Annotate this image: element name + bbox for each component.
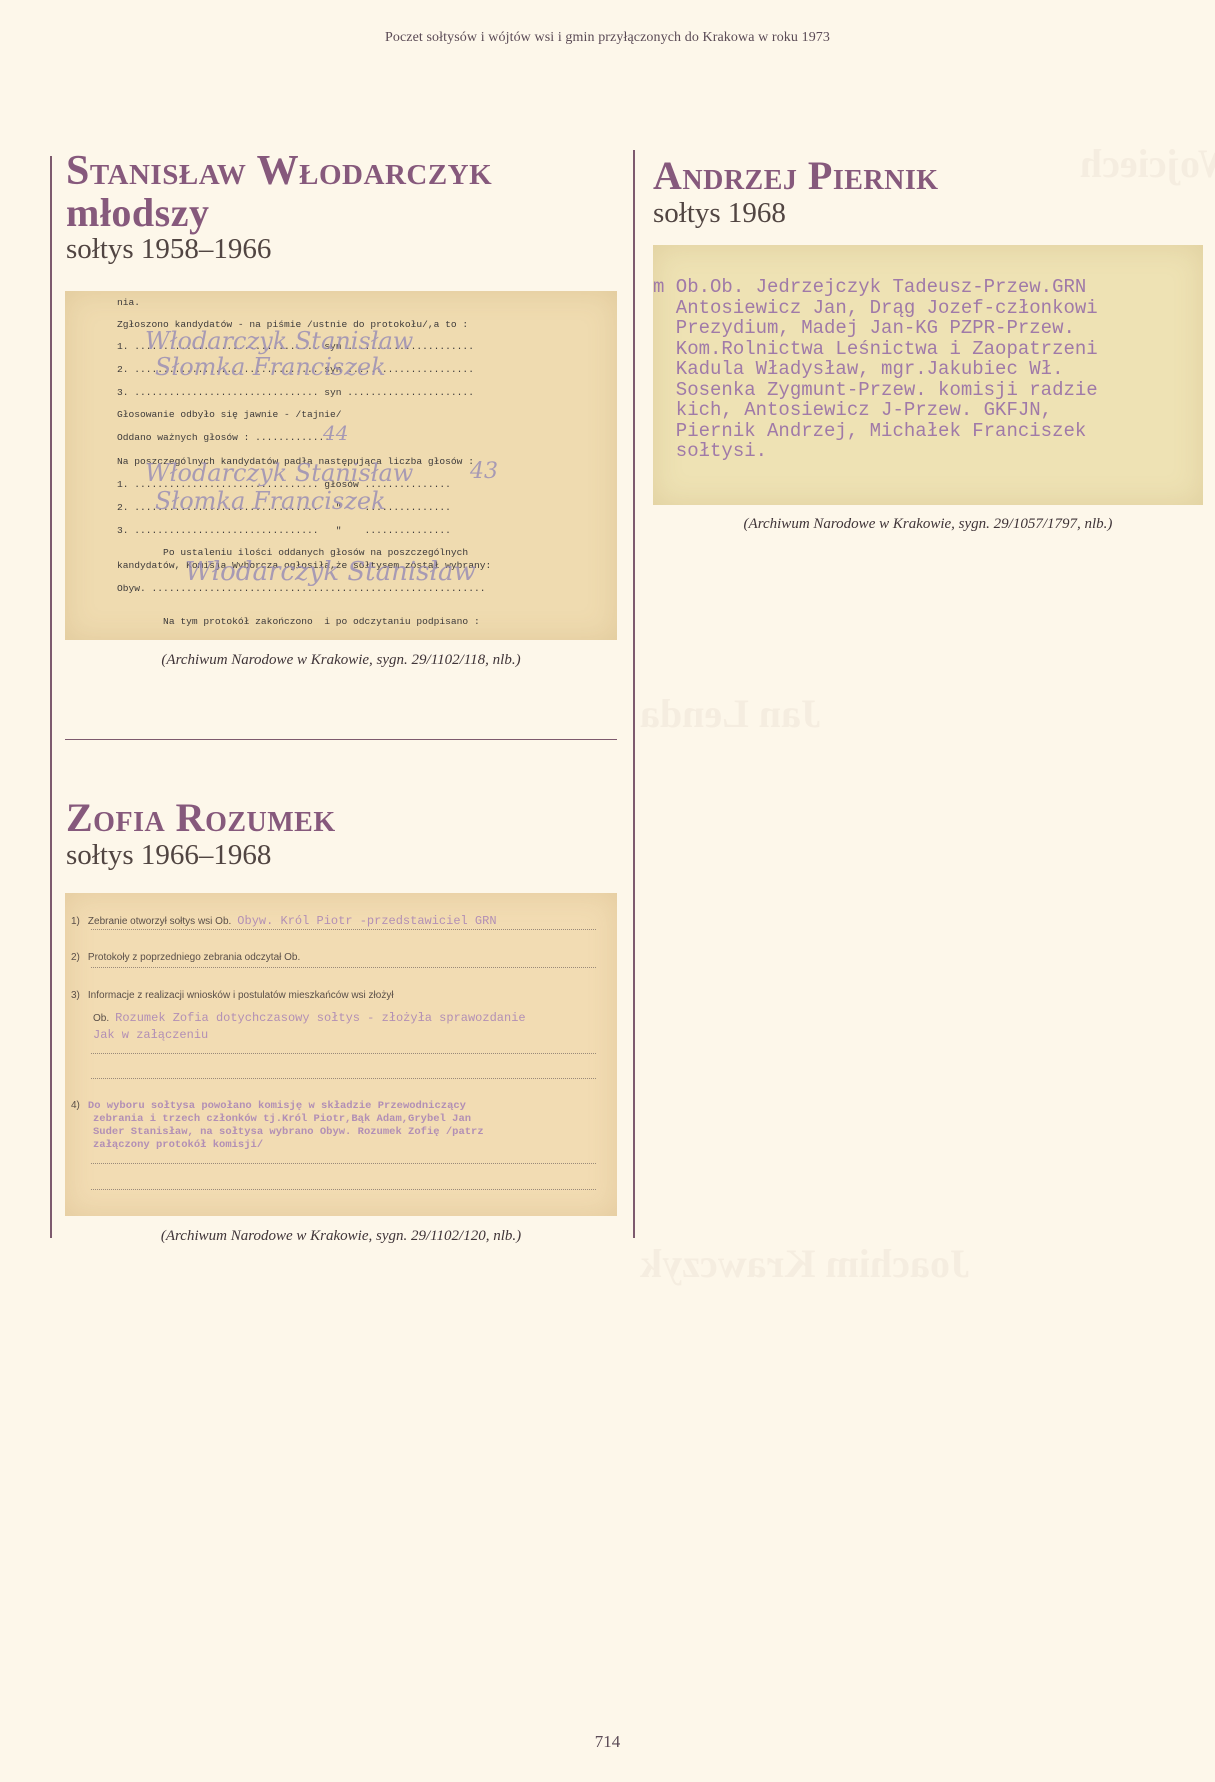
typed-line: Sosenka Zygmunt-Przew. komisji radzie bbox=[653, 380, 1098, 400]
form-item: 1)Zebranie otworzył sołtys wsi Ob.Obyw. … bbox=[71, 909, 611, 928]
printed-label: Informacje z realizacji wniosków i postu… bbox=[88, 990, 394, 1001]
form-dotted-line bbox=[91, 1053, 596, 1054]
handwritten-note: 44 bbox=[323, 421, 348, 445]
printed-label: Protokoły z poprzedniego zebrania odczyt… bbox=[88, 952, 300, 963]
typed-entry: Obyw. Król Piotr -przedstawiciel GRN bbox=[237, 914, 496, 928]
form-dotted-line bbox=[91, 967, 596, 968]
bleed-through-text: Joachim Krawczyk bbox=[640, 1240, 970, 1287]
page-number: 714 bbox=[0, 1732, 1215, 1752]
bleed-through-text: Jan Lenda bbox=[640, 690, 821, 737]
typed-line: Kadula Władysław, mgr.Jakubiec Wł. bbox=[653, 359, 1063, 379]
form-item: Jak w załączeniu bbox=[71, 1023, 611, 1042]
handwritten-note: Włodarczyk Stanisław bbox=[145, 459, 413, 487]
form-dotted-line bbox=[91, 1189, 596, 1190]
handwritten-note: Słomka Franciszek bbox=[155, 487, 386, 515]
archival-document-image: 1)Zebranie otworzył sołtys wsi Ob.Obyw. … bbox=[65, 893, 617, 1216]
form-item: załączony protokół komisji/ bbox=[71, 1132, 611, 1151]
item-number: 1) bbox=[71, 916, 80, 927]
archival-document-image: nia.Zgłoszono kandydatów - na piśmie /us… bbox=[65, 291, 617, 640]
typed-line: 3. ................................ syn … bbox=[117, 387, 474, 398]
center-column-rule bbox=[633, 150, 635, 1238]
name-suffix: młodszy bbox=[66, 190, 210, 235]
typed-line: Głosowanie odbyło się jawnie - /tajnie/ bbox=[117, 409, 342, 420]
handwritten-note: Słomka Franciszek bbox=[155, 353, 386, 381]
printed-label: Zebranie otworzył sołtys wsi Ob. bbox=[88, 916, 231, 927]
form-dotted-line bbox=[91, 1078, 596, 1079]
entry-piernik: Andrzej Piernik sołtys 1968 bbox=[653, 156, 1213, 230]
typed-line: kich, Antosiewicz J-Przew. GKFJN, bbox=[653, 400, 1052, 420]
item-number: 3) bbox=[71, 990, 80, 1001]
entry-name: Zofia Rozumek bbox=[66, 798, 626, 838]
typed-line: sołtysi. bbox=[653, 441, 767, 461]
typed-line: nia. bbox=[117, 297, 140, 308]
entry-rozumek: Zofia Rozumek sołtys 1966–1968 bbox=[66, 798, 626, 872]
typed-line: Piernik Andrzej, Michałek Franciszek bbox=[653, 421, 1086, 441]
archival-document-image: m Ob.Ob. Jedrzejczyk Tadeusz-Przew.GRN A… bbox=[653, 245, 1203, 505]
handwritten-note: Włodarczyk Stanisław bbox=[145, 327, 413, 355]
section-divider bbox=[65, 739, 617, 740]
typed-line: Antosiewicz Jan, Drąg Jozef-członkowi bbox=[653, 298, 1098, 318]
entry-role: sołtys 1968 bbox=[653, 198, 1213, 230]
name-line: Stanisław Włodarczyk bbox=[66, 148, 492, 194]
entry-name: Stanisław Włodarczyk młodszy bbox=[66, 150, 626, 234]
running-header: Poczet sołtysów i wójtów wsi i gmin przy… bbox=[0, 30, 1215, 46]
typed-entry: Jak w załączeniu bbox=[93, 1028, 208, 1042]
name-line: Andrzej Piernik bbox=[653, 153, 939, 198]
image-caption: (Archiwum Narodowe w Krakowie, sygn. 29/… bbox=[65, 652, 617, 669]
typed-entry: załączony protokół komisji/ bbox=[93, 1139, 263, 1151]
entry-name: Andrzej Piernik bbox=[653, 156, 1213, 196]
typed-line: Kom.Rolnictwa Leśnictwa i Zaopatrzeni bbox=[653, 339, 1098, 359]
entry-role: sołtys 1966–1968 bbox=[66, 840, 626, 872]
form-item: 2)Protokoły z poprzedniego zebrania odcz… bbox=[71, 945, 611, 964]
form-dotted-line bbox=[91, 1163, 596, 1164]
typed-line: Oddano ważnych głosów : ............. bbox=[117, 432, 330, 443]
typed-line: 3. ................................ " ..… bbox=[117, 525, 451, 536]
handwritten-note: 43 bbox=[470, 459, 498, 484]
handwritten-note: Włodarczyk Stanisław bbox=[185, 557, 476, 587]
typed-line: m Ob.Ob. Jedrzejczyk Tadeusz-Przew.GRN bbox=[653, 277, 1086, 297]
item-number: 2) bbox=[71, 952, 80, 963]
entry-role: sołtys 1958–1966 bbox=[66, 234, 626, 266]
left-column-rule bbox=[50, 156, 52, 1238]
typed-line: Na tym protokół zakończono i po odczytan… bbox=[117, 616, 480, 627]
image-caption: (Archiwum Narodowe w Krakowie, sygn. 29/… bbox=[653, 516, 1203, 533]
form-item: 3)Informacje z realizacji wniosków i pos… bbox=[71, 983, 611, 1002]
name-line: Zofia Rozumek bbox=[66, 795, 336, 840]
entry-wlodarczyk: Stanisław Włodarczyk młodszy sołtys 1958… bbox=[66, 150, 626, 266]
form-dotted-line bbox=[91, 929, 596, 930]
image-caption: (Archiwum Narodowe w Krakowie, sygn. 29/… bbox=[65, 1228, 617, 1245]
typed-line: Prezydium, Madej Jan-KG PZPR-Przew. bbox=[653, 318, 1075, 338]
